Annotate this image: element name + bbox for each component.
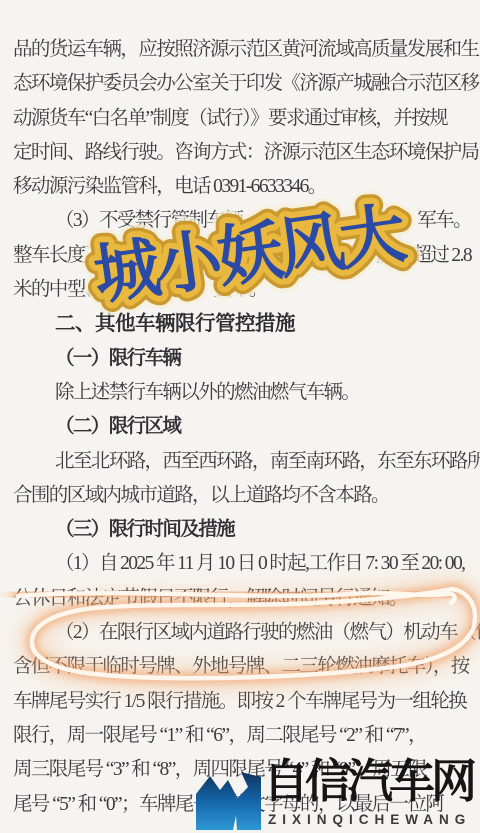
text-line: （一）限行车辆 <box>13 342 475 376</box>
text-line: （三）限行时间及措施 <box>13 513 475 547</box>
text-line: 合围的区域内城市道路，以上道路均不含本路。 <box>13 479 475 513</box>
text-fragment: 车、军车。 <box>381 204 471 238</box>
text-line: 车牌尾号实行 1/5 限行措施。即按 2 个车牌尾号为一组轮换 <box>13 685 475 719</box>
document-photo: 品的货运车辆，应按照济源示范区黄河流域高质量发展和生态环境保护委员会办公室关于印… <box>0 0 480 833</box>
text-line: 含但不限于临时号牌、外地号牌、二三轮燃油摩托车），按 <box>13 650 475 684</box>
text-fragment: （3）不受禁行管制车辆，消防 <box>55 204 296 238</box>
text-line: 动源货车“白名单”制度（试行）》要求通过审核，并按规 <box>13 102 475 136</box>
text-line: 尾号 “5” 和 “0”；车牌尾号为英文字母的，以最后一位阿 <box>13 788 475 822</box>
text-line: （1）自 2025 年 11 月 10 日 0 时起,工作日 7: 30 至 2… <box>13 547 475 581</box>
text-line: （2）在限行区域内道路行驶的燃油（燃气）机动车（包 <box>13 616 475 650</box>
text-line: （二）限行区域 <box>13 410 475 444</box>
text-fragment: 整车长度不 <box>13 239 103 273</box>
text-line: 北至北环路，西至西环路，南至南环路，东至东环路所 <box>13 445 475 479</box>
text-line: 公休日和法定节假日不限行，解除时间另行通知。 <box>13 582 475 616</box>
text-line: 移动源污染监管科，电话 0391-6633346。 <box>13 170 475 204</box>
text-line: 态环境保护委员会办公室关于印发《济源产城融合示范区移 <box>13 67 475 101</box>
text-line: 米的中型、货车。 <box>13 273 475 307</box>
text-fragment: 米的中型、 <box>13 273 103 307</box>
text-line: 品的货运车辆，应按照济源示范区黄河流域高质量发展和生 <box>13 33 475 67</box>
text-fragment: 度 超过 2.8 <box>377 239 471 273</box>
text-line: 定时间、路线行驶。咨询方式：济源示范区生态环境保护局 <box>13 136 475 170</box>
text-line: 二、其他车辆限行管控措施 <box>13 307 475 341</box>
text-line: 除上述禁行车辆以外的燃油燃气车辆。 <box>13 376 475 410</box>
document-text: 品的货运车辆，应按照济源示范区黄河流域高质量发展和生态环境保护委员会办公室关于印… <box>13 33 475 822</box>
text-line: （3）不受禁行管制车辆，消防车、军车。 <box>13 204 475 238</box>
text-line: 限行，周一限尾号 “1” 和 “6”，周二限尾号 “2” 和 “7”， <box>13 719 475 753</box>
text-fragment: 货车。 <box>213 273 267 307</box>
text-line: 周三限尾号 “3” 和 “8”，周四限尾号 “4” 和 “9”，周五限 <box>13 753 475 787</box>
text-line: 整车长度不度 超过 2.8 <box>13 239 475 273</box>
